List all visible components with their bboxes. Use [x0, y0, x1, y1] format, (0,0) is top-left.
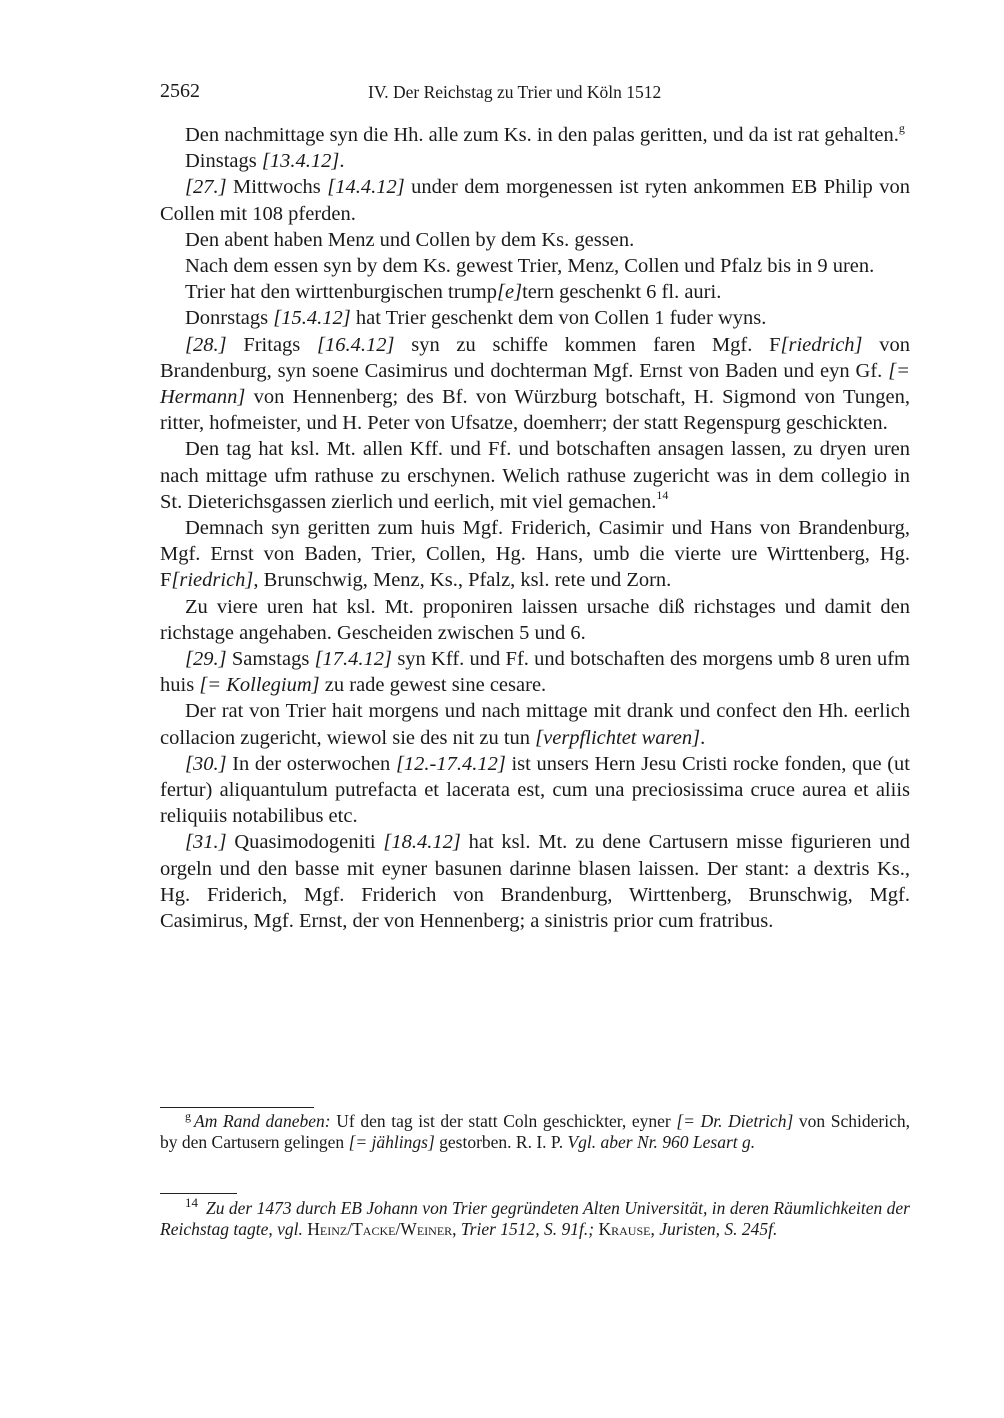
paragraph: [31.] Quasimodogeniti [18.4.12] hat ksl.…	[160, 829, 910, 934]
paragraph: Trier hat den wirttenburgischen trump[e]…	[160, 279, 910, 305]
footnote-mark: g	[185, 1109, 191, 1123]
paragraph: Den abent haben Menz und Collen by dem K…	[160, 227, 910, 253]
paragraph: Demnach syn geritten zum huis Mgf. Fride…	[160, 515, 910, 594]
italic-text: [13.4.12]	[262, 150, 339, 172]
paragraph: Nach dem essen syn by dem Ks. gewest Tri…	[160, 253, 910, 279]
text-run: von Hennenberg; des Bf. von Würzburg bot…	[160, 386, 910, 434]
text-run: .	[700, 727, 705, 749]
text-run: Quasimodogeniti	[227, 831, 384, 853]
text-run: Den tag hat ksl. Mt. allen Kff. und Ff. …	[160, 438, 910, 512]
footnote-reference: g	[899, 121, 905, 135]
italic-text: Trier 1512, S. 91f.;	[461, 1219, 594, 1239]
italic-text: [verpflichtet waren]	[535, 727, 700, 749]
paragraph: [30.] In der osterwochen [12.-17.4.12] i…	[160, 751, 910, 830]
italic-text: [riedrich]	[171, 569, 253, 591]
italic-text: [27.]	[185, 176, 227, 198]
running-header: 2562 IV. Der Reichstag zu Trier und Köln…	[160, 80, 910, 106]
italic-text: [16.4.12]	[317, 334, 394, 356]
paragraph: Donrstags [15.4.12] hat Trier geschenkt …	[160, 305, 910, 331]
paragraph: Den tag hat ksl. Mt. allen Kff. und Ff. …	[160, 436, 910, 515]
italic-text: [31.]	[185, 831, 227, 853]
paragraph: Den nachmittage syn die Hh. alle zum Ks.…	[160, 122, 910, 148]
italic-text: [28.]	[185, 334, 227, 356]
footnote-mark: 14	[185, 1195, 198, 1210]
author-name: Heinz/Tacke/Weiner	[307, 1219, 452, 1239]
text-run: Mittwochs	[227, 176, 328, 198]
paragraph: Der rat von Trier hait morgens und nach …	[160, 698, 910, 750]
text-run: hat Trier geschenkt dem von Collen 1 fud…	[351, 307, 767, 329]
paragraph: Zu viere uren hat ksl. Mt. proponiren la…	[160, 594, 910, 646]
text-run: Dinstags	[185, 150, 262, 172]
text-run: ,	[650, 1219, 659, 1239]
author-name: Krause	[599, 1219, 651, 1239]
italic-text: [29.]	[185, 648, 227, 670]
text-run: zu rade gewest sine cesare.	[320, 674, 547, 696]
italic-text: [30.]	[185, 753, 227, 775]
footnote-text: 14Zu der 1473 durch EB Johann von Trier …	[160, 1198, 910, 1239]
text-run: ,	[452, 1219, 461, 1239]
text-run: .	[339, 150, 344, 172]
text-run: In der osterwochen	[227, 753, 396, 775]
paragraph: [27.] Mittwochs [14.4.12] under dem morg…	[160, 174, 910, 226]
text-run: , Brunschwig, Menz, Ks., Pfalz, ksl. ret…	[253, 569, 671, 591]
text-run: syn zu schiffe kommen faren Mgf. F	[394, 334, 780, 356]
text-run: Nach dem essen syn by dem Ks. gewest Tri…	[185, 255, 874, 277]
footnote-rule-textual	[160, 1107, 314, 1108]
footnote-reference: 14	[656, 488, 668, 502]
paragraph: [29.] Samstags [17.4.12] syn Kff. und Ff…	[160, 646, 910, 698]
text-run: Donrstags	[185, 307, 273, 329]
italic-text: [15.4.12]	[273, 307, 350, 329]
italic-text: Juristen, S. 245f.	[659, 1219, 777, 1239]
italic-text: Am Rand daneben:	[194, 1111, 331, 1131]
paragraph: Dinstags [13.4.12].	[160, 148, 910, 174]
main-text: Den nachmittage syn die Hh. alle zum Ks.…	[160, 122, 910, 934]
italic-text: [= Kollegium]	[199, 674, 319, 696]
paragraph: [28.] Fritags [16.4.12] syn zu schiffe k…	[160, 332, 910, 437]
footnote-textual-g: gAm Rand daneben: Uf den tag ist der sta…	[160, 1111, 910, 1152]
text-run: Uf den tag ist der statt Coln geschickte…	[331, 1111, 677, 1131]
italic-text: [= Dr. Dietrich]	[676, 1111, 793, 1131]
italic-text: [12.-17.4.12]	[396, 753, 506, 775]
footnote-rule-commentary	[160, 1193, 237, 1194]
italic-text: Vgl. aber Nr. 960 Lesart g.	[567, 1132, 755, 1152]
text-run: gestorben. R. I. P.	[435, 1132, 568, 1152]
text-run: tern geschenkt 6 fl. auri.	[522, 281, 721, 303]
italic-text: [= jählings]	[349, 1132, 435, 1152]
italic-text: [14.4.12]	[327, 176, 404, 198]
text-run: Den abent haben Menz und Collen by dem K…	[185, 229, 634, 251]
italic-text: [riedrich]	[781, 334, 863, 356]
footnote-text: gAm Rand daneben: Uf den tag ist der sta…	[160, 1111, 910, 1152]
text-run: Samstags	[227, 648, 315, 670]
text-run: Den nachmittage syn die Hh. alle zum Ks.…	[185, 124, 899, 146]
text-run: Trier hat den wirttenburgischen trump	[185, 281, 497, 303]
italic-text: [18.4.12]	[383, 831, 460, 853]
text-run: Fritags	[227, 334, 317, 356]
footnote-commentary-14: 14Zu der 1473 durch EB Johann von Trier …	[160, 1198, 910, 1239]
text-run: Zu viere uren hat ksl. Mt. proponiren la…	[160, 596, 910, 644]
running-title: IV. Der Reichstag zu Trier und Köln 1512	[368, 82, 661, 103]
italic-text: [17.4.12]	[315, 648, 392, 670]
italic-text: [e]	[497, 281, 522, 303]
page-number: 2562	[160, 80, 200, 103]
